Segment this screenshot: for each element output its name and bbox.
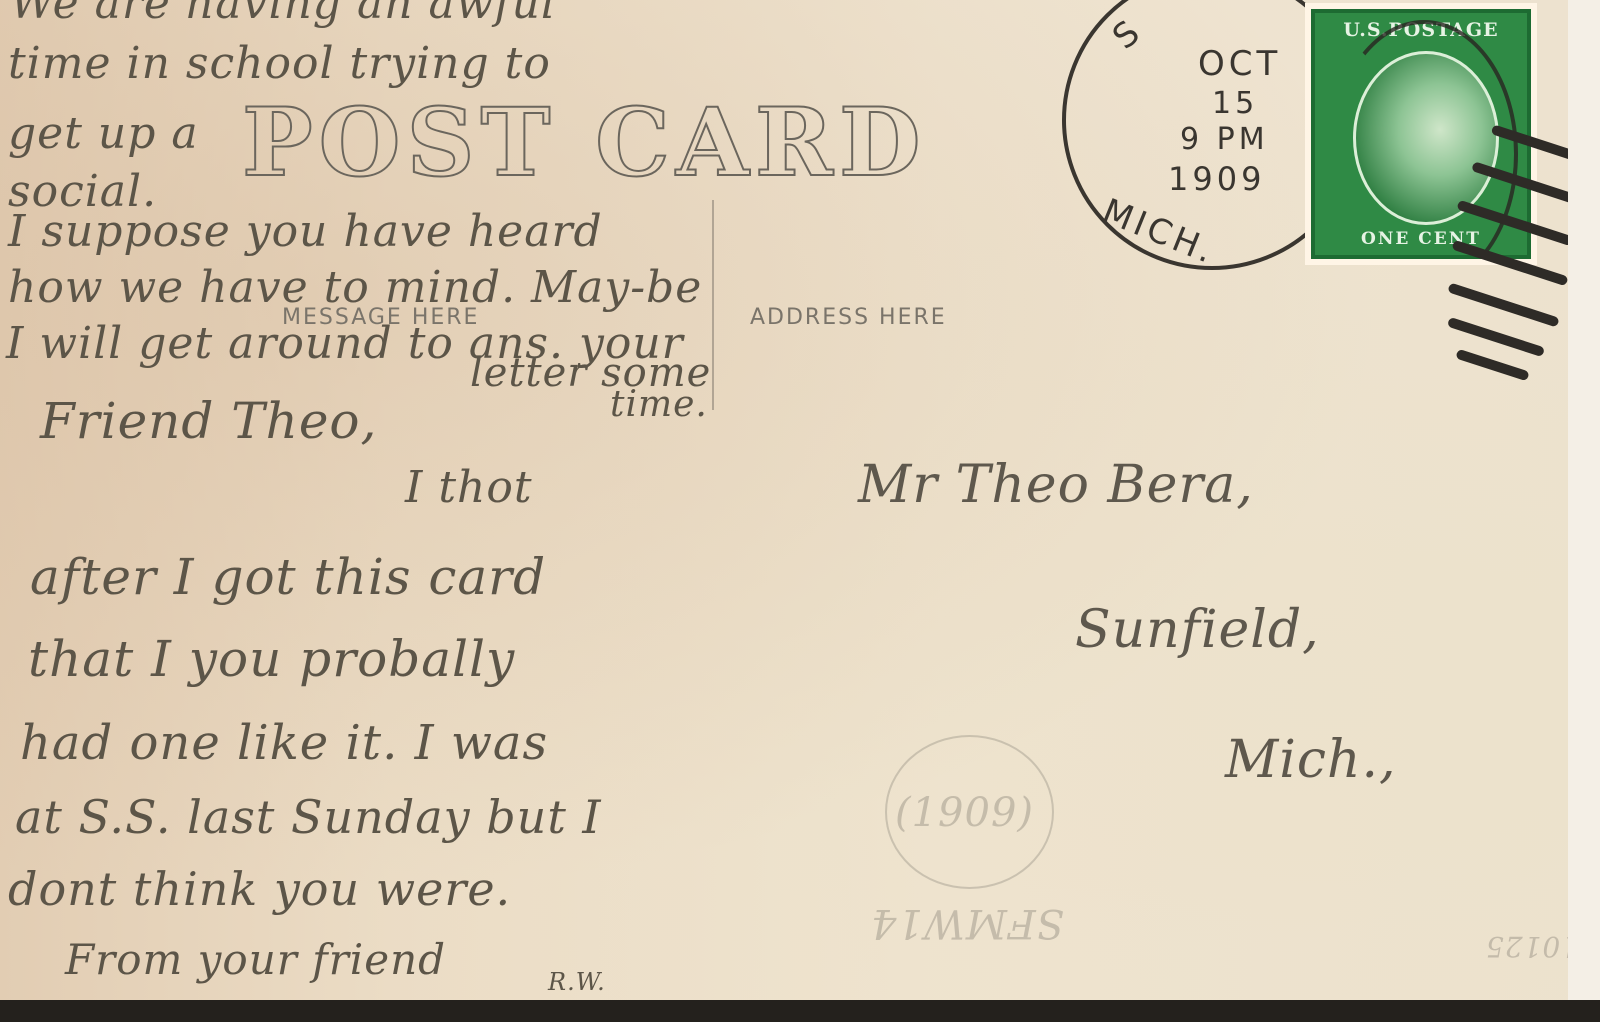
scan-border-bottom: [0, 1000, 1600, 1022]
postmark-day: 15: [1212, 86, 1258, 121]
message-line: had one like it. I was: [20, 715, 548, 771]
postcard-back: POST CARD MESSAGE HERE ADDRESS HERE We a…: [0, 0, 1568, 1000]
address-city: Sunfield,: [1075, 600, 1320, 660]
message-line: time.: [610, 384, 708, 425]
pencil-note: (1909): [895, 790, 1034, 836]
greeting: Friend Theo,: [40, 392, 377, 450]
postmark-year: 1909: [1168, 160, 1265, 198]
signature: R.W.: [548, 968, 606, 996]
message-line: We are having an awful: [10, 0, 556, 29]
pencil-note: SFMW14: [870, 900, 1064, 946]
pencil-note: 10125: [1485, 930, 1568, 963]
scan-border-right: [1568, 0, 1600, 1022]
message-line: how we have to mind. May-be: [8, 262, 702, 313]
postmark-month: OCT: [1198, 44, 1281, 84]
message-line: after I got this card: [30, 548, 546, 606]
message-line: I suppose you have heard: [8, 206, 603, 257]
message-line: that I you probally: [28, 630, 515, 688]
address-name: Mr Theo Bera,: [858, 455, 1254, 515]
message-line: at S.S. last Sunday but I: [15, 790, 602, 844]
postmark-arc-over-stamp: [1330, 20, 1518, 288]
message-line: dont think you were.: [8, 862, 511, 916]
postmark-time: 9 PM: [1180, 122, 1269, 157]
closing: From your friend: [65, 935, 446, 984]
cancel-bar: [1455, 349, 1529, 382]
post-card-title: POST CARD: [242, 88, 927, 198]
message-line: I thot: [405, 462, 533, 513]
address-here-label: ADDRESS HERE: [750, 305, 947, 330]
address-state: Mich.,: [1225, 730, 1397, 790]
message-line: get up a: [8, 108, 199, 159]
message-line: time in school trying to: [8, 38, 551, 89]
center-divider: [712, 200, 714, 410]
